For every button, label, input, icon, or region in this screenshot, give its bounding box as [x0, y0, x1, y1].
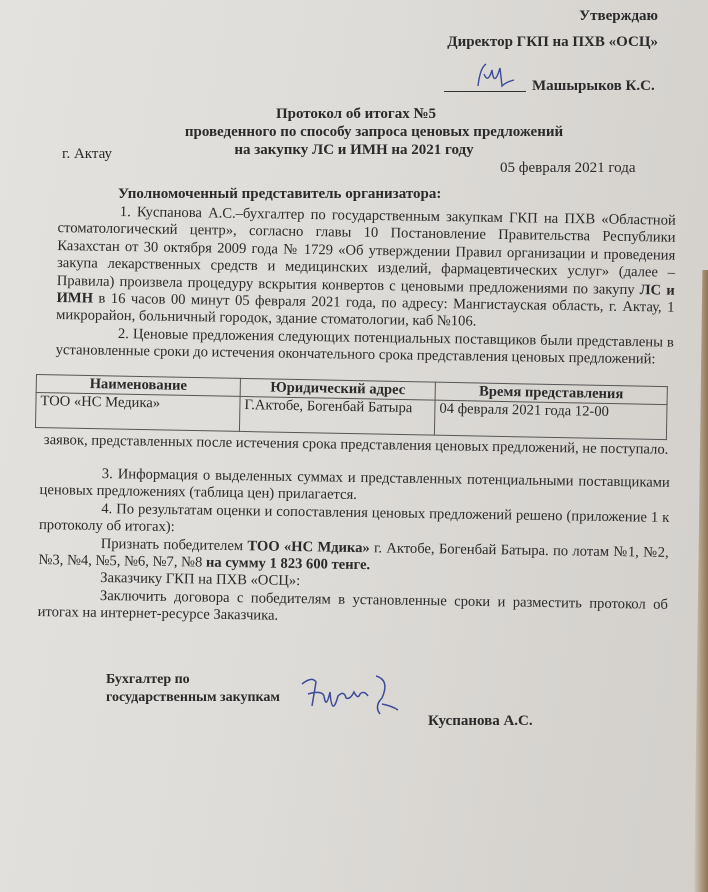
- doc-title: Протокол об итогах №5: [0, 106, 708, 123]
- paragraph-1: 1. Куспанова А.С.–бухгалтер по государст…: [56, 203, 676, 369]
- accountant-signature-icon: [298, 670, 408, 722]
- city: г. Актау: [62, 146, 112, 163]
- signature-line: [444, 91, 526, 92]
- signatory-title-line-1: Бухгалтер по: [106, 671, 280, 689]
- suppliers-table: Наименование Юридический адрес Время пре…: [35, 374, 668, 440]
- director-signature-icon: [470, 58, 520, 94]
- cell-time: 04 февраля 2021 года 12-00: [434, 400, 667, 439]
- winner-amount: на сумму 1 823 600 тенге.: [206, 555, 370, 574]
- paper-edge: [694, 270, 708, 892]
- director-title: Директор ГКП на ПХВ «ОСЦ»: [447, 34, 658, 51]
- signatory-title-line-2: государственным закупкам: [106, 689, 280, 707]
- winner-name: ТОО «НС Мдика»: [247, 538, 370, 556]
- doc-date: 05 февраля 2021 года: [500, 160, 636, 177]
- signatory-title: Бухгалтер по государственным закупкам: [106, 671, 280, 707]
- representative-heading: Уполномоченный представитель организатор…: [118, 186, 441, 203]
- cell-address: Г.Актобе, Богенбай Батыра: [239, 396, 435, 435]
- signatory-name: Куспанова А.С.: [428, 713, 533, 730]
- director-name: Машырыков К.С.: [532, 78, 655, 95]
- doc-subtitle: проведенного по способу запроса ценовых …: [0, 124, 708, 141]
- cell-name: ТОО «НС Медика»: [35, 393, 240, 432]
- winner-prefix: Признать победителем: [101, 536, 248, 554]
- paragraphs-3-4: 3. Информация о выделенных суммах и пред…: [38, 465, 670, 632]
- approve-label: Утверждаю: [579, 8, 658, 25]
- paragraph-1-text: 1. Куспанова А.С.–бухгалтер по государст…: [57, 204, 676, 298]
